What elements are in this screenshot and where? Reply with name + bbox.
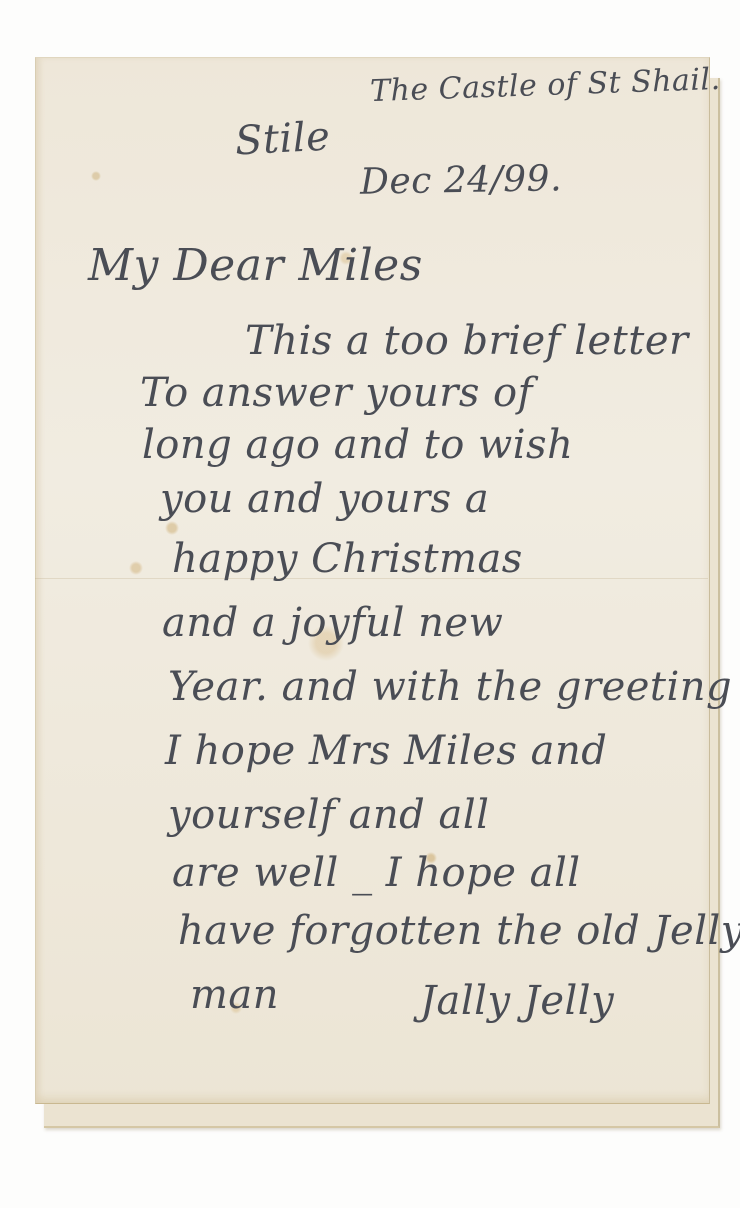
letter-signature: Jally Jelly [420,978,614,1024]
letter-body-line: are well _ I hope all [172,850,581,896]
letter-date: Dec 24/99. [360,158,563,203]
letter-salutation: My Dear Miles [88,240,423,291]
letter-header-sub: Stile [234,114,332,165]
letter-body-line: This a too brief letter [245,318,689,364]
letter-body-line: Year. and with the greeting [168,664,732,710]
letter-body-line: I hope Mrs Miles and [165,728,607,774]
letter-body-line: long ago and to wish [142,422,573,468]
letter-body-line: yourself and all [168,792,489,838]
letter-body-line: you and yours a [160,476,489,522]
letter-body-line: and a joyful new [162,600,503,646]
letter-body-line: have forgotten the old Jelly [178,908,740,954]
letter-body-line: happy Christmas [172,536,523,582]
letter-body-line: man [190,972,279,1018]
letter-body-line: To answer yours of [140,370,533,416]
